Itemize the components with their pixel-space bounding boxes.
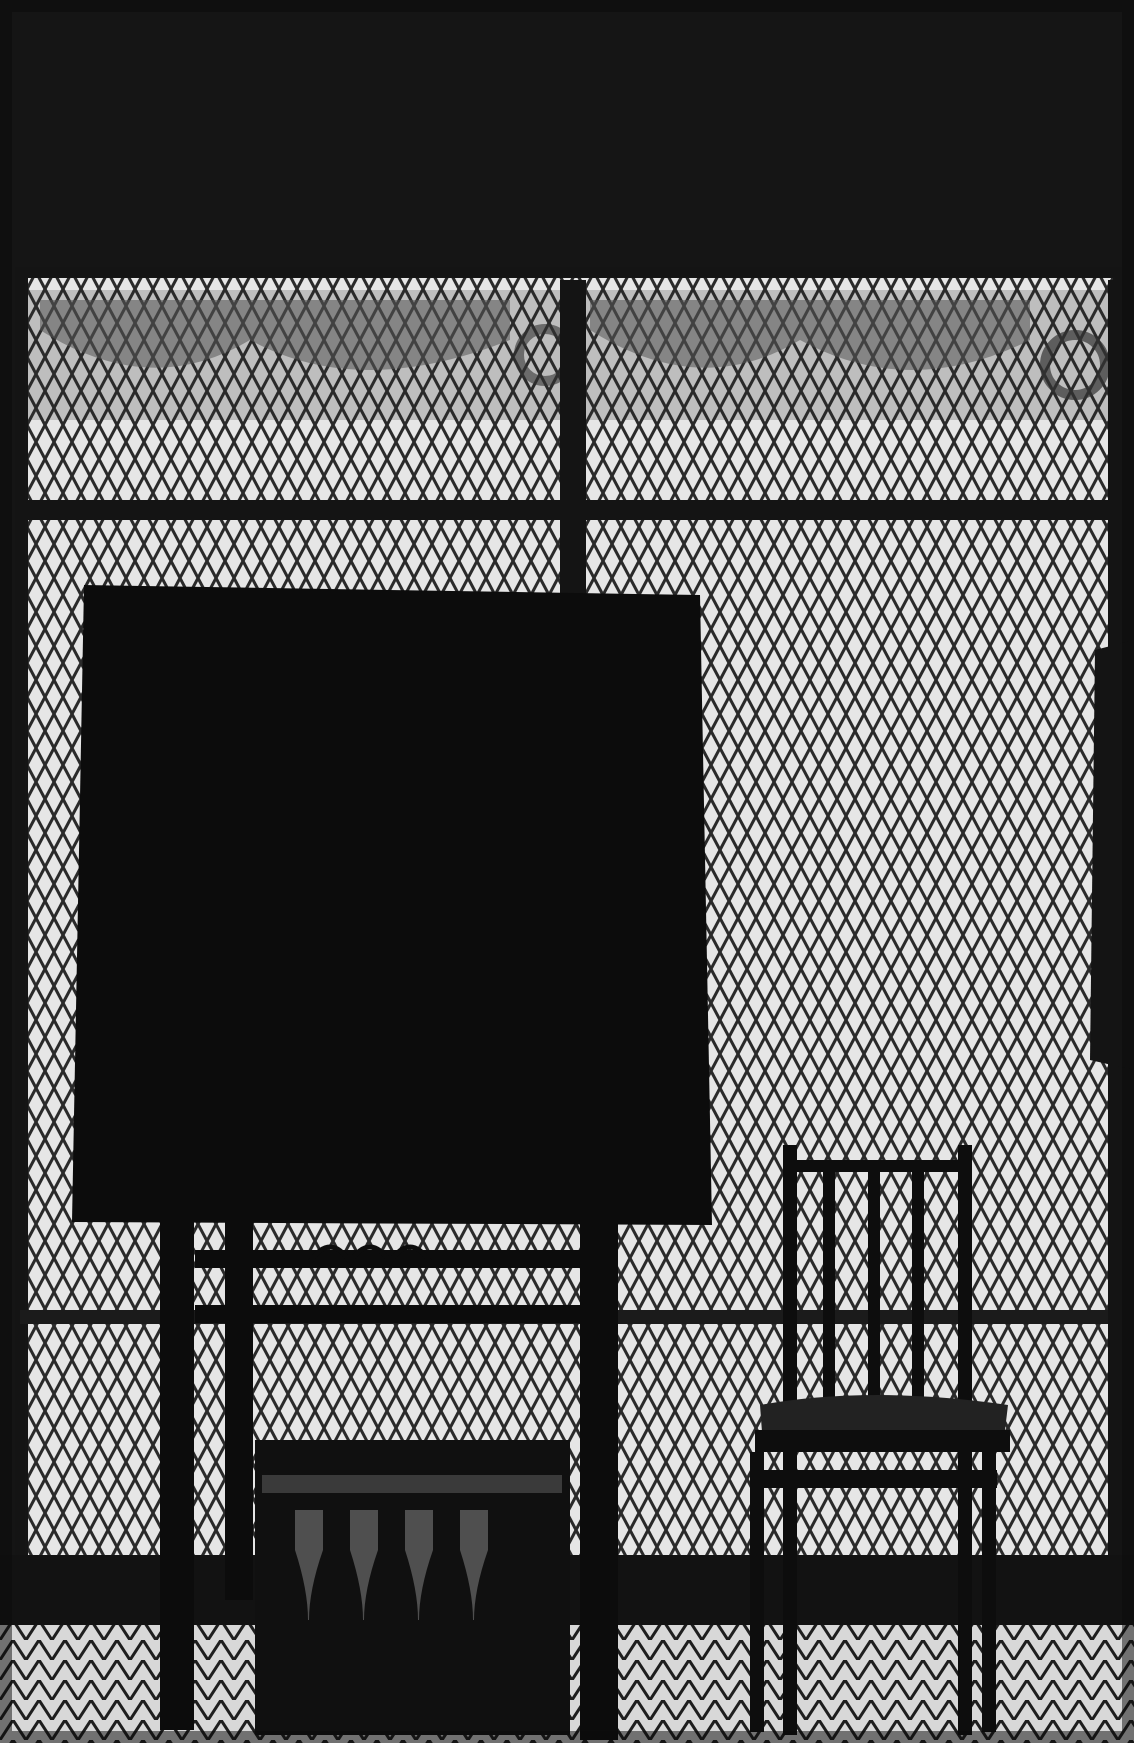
bottle-crate <box>255 1440 570 1735</box>
photograph: Silhouette of an easel holding a dark ca… <box>0 0 1134 1743</box>
upper-wall <box>0 0 1134 275</box>
photo-scene <box>0 0 1134 1743</box>
